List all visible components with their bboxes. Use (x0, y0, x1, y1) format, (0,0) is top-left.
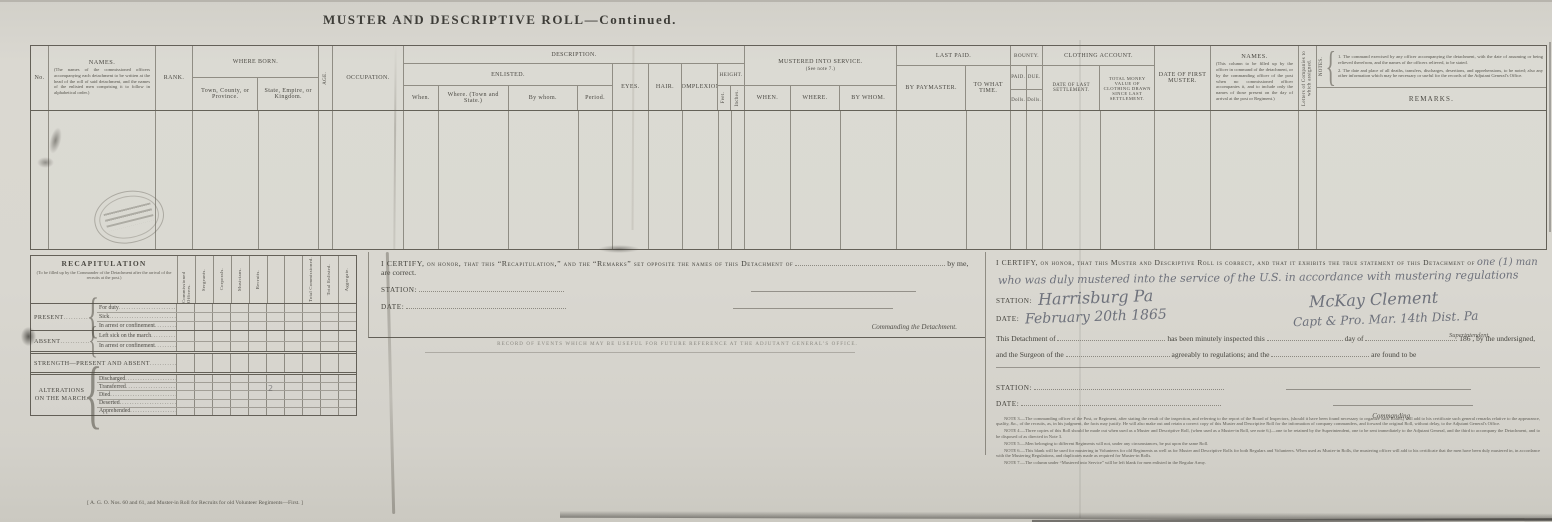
muster-roll-table: No. NAMES. (The names of the commissione… (30, 45, 1547, 250)
grid-cell (266, 331, 284, 341)
remarks-label: REMARKS. (1317, 88, 1546, 110)
to-what-time-label: TO WHAT TIME. (966, 66, 1010, 110)
inspect-text-1: This Detachment of (996, 334, 1056, 343)
col-no: No. (31, 46, 49, 110)
grid-cell (302, 322, 320, 330)
row-sick: Sick (99, 314, 109, 320)
recap-title-cell: RECAPITULATION (To be filled up by the C… (31, 256, 177, 303)
table-body-cell (719, 111, 732, 249)
col-group-where-born: WHERE BORN. Town, County, or Province. S… (193, 46, 319, 110)
grid-cell (338, 322, 356, 330)
leader-dots (126, 384, 176, 390)
grid-cell (284, 354, 302, 372)
inches-text: Inches. (735, 90, 740, 106)
grid-cell (284, 313, 302, 321)
muster-roll-certificate: I CERTIFY, on honor, that this Muster an… (986, 252, 1548, 522)
grid-cell (338, 408, 356, 415)
recap-col-header: Total Commissioned. (302, 256, 320, 303)
col-letters: Letters of Companies to which assigned. (1299, 46, 1317, 110)
handwritten-mustered-line: who was duly mustered into the service o… (998, 268, 1540, 287)
blank-line (1365, 333, 1457, 341)
names2-note: (This column to be filled up by the offi… (1213, 60, 1296, 102)
grid-cell (230, 408, 248, 415)
grid-cell (266, 354, 284, 372)
grid-cell (302, 313, 320, 321)
col-occupation: OCCUPATION. (333, 46, 404, 110)
grid-cell (248, 331, 266, 341)
recap-row: Transferred (97, 382, 356, 390)
eyes-label: EYES. (613, 64, 649, 110)
table-body-cell (1299, 111, 1317, 249)
station-label: STATION: (381, 286, 417, 294)
station-blank (1034, 382, 1224, 390)
mustered-note: (See note 7.) (806, 67, 836, 72)
signature-line-2 (1333, 398, 1473, 406)
recap-col-header: Sergeants. (195, 256, 213, 303)
grid-cell (212, 342, 230, 352)
present-label: PRESENT (31, 304, 89, 330)
superintendent-label: Superintendent. (1449, 332, 1490, 339)
col-group-remarks: NOTES. { 1. The command exercised by any… (1317, 46, 1546, 110)
leader-dots (120, 400, 176, 406)
row-transferred: Transferred (99, 384, 126, 390)
enl-period-label: Period. (578, 86, 612, 110)
leader-dots (155, 323, 176, 329)
grid-cell (194, 342, 212, 352)
grid-cell (338, 304, 356, 312)
table-header: No. NAMES. (The names of the commissione… (31, 46, 1546, 111)
grid-cell (212, 408, 230, 415)
grid-cell (212, 354, 230, 372)
present-text: PRESENT (34, 314, 64, 321)
brace-glyph: { (83, 357, 102, 433)
grid-cell (176, 304, 194, 312)
grid-cell (230, 400, 248, 407)
grid-cell (212, 304, 230, 312)
footnote-3: NOTE 3.—The commanding officer of the Po… (996, 416, 1540, 428)
grid-cell (194, 383, 212, 390)
table-body-cell (404, 111, 439, 249)
leader-dots (155, 343, 176, 349)
grid-cell (302, 408, 320, 415)
col-first-muster: DATE OF FIRST MUSTER. (1155, 46, 1211, 110)
grid-cell (302, 375, 320, 382)
leader-dots (119, 305, 176, 311)
recap-col-header: Recruits. (249, 256, 267, 303)
pencil-mark: 2 (268, 384, 273, 393)
grid-cell (194, 313, 212, 321)
grid-cell (248, 354, 266, 372)
table-body-cell (745, 111, 791, 249)
table-body-cell (193, 111, 259, 249)
grid-cell (230, 313, 248, 321)
grid-cell (338, 391, 356, 398)
recap-col-header (267, 256, 285, 303)
recap-alterations-group: ALTERATIONS ON THE MARCH. { Discharged T… (31, 372, 356, 415)
table-body-cell (613, 111, 649, 249)
table-body-cell (1211, 111, 1299, 249)
last-paid-label: LAST PAID. (897, 46, 1010, 66)
bounty-dolls-paid: Dolls. (1011, 90, 1027, 110)
grid-cell (302, 354, 320, 372)
recap-row: In arrest or confinement (97, 321, 356, 330)
grid-cell (284, 408, 302, 415)
recap-col-header (284, 256, 302, 303)
row-discharged: Discharged (99, 376, 125, 382)
names-label: NAMES. (89, 59, 116, 66)
grid-cell (302, 342, 320, 352)
blank-line (1267, 333, 1343, 341)
grid-cell (176, 322, 194, 330)
grid-cell (248, 304, 266, 312)
paymaster-label: BY PAYMASTER. (897, 66, 966, 110)
handwritten-signature: McKay Clement (1309, 288, 1439, 311)
grid-cell (338, 342, 356, 352)
grid-cell (176, 342, 194, 352)
clothing-value-label: TOTAL MONEY VALUE OF CLOTHING DRAWN SINC… (1100, 66, 1154, 110)
table-body-cell (31, 111, 49, 249)
table-body-cell (1027, 111, 1043, 249)
mustered-label-cell: MUSTERED INTO SERVICE. (See note 7.) (745, 46, 896, 86)
scanned-muster-roll-document: MUSTER AND DESCRIPTIVE ROLL—Continued. N… (0, 0, 1552, 522)
row-left-sick: Left sick on the march (99, 333, 151, 339)
recap-strength-row: STRENGTH—PRESENT AND ABSENT (31, 351, 356, 372)
recap-row: In arrest or confinement (97, 341, 356, 352)
grid-cell (338, 400, 356, 407)
grid-cell (194, 408, 212, 415)
grid-cell (176, 354, 194, 372)
table-body-cell (732, 111, 745, 249)
mis-by-whom-label: BY WHOM. (840, 86, 896, 110)
grid-cell (248, 322, 266, 330)
table-body-cell (333, 111, 404, 249)
recap-col-header: Aggregate. (338, 256, 356, 303)
col-sergeants: Sergeants. (202, 269, 207, 291)
table-body-cell (1101, 111, 1155, 249)
grid-cell (176, 408, 194, 415)
grid-cell (266, 322, 284, 330)
inches-label: Inches. (731, 86, 744, 110)
row-in-arrest-2: In arrest or confinement (99, 343, 155, 349)
grid-cell (176, 391, 194, 398)
leader-dots (110, 392, 176, 398)
signature-line (1286, 382, 1471, 390)
grid-cell (248, 383, 266, 390)
leader-dots (60, 338, 89, 345)
grid-cell (302, 304, 320, 312)
recap-absent-group: ABSENT { Left sick on the march In arres… (31, 330, 356, 351)
col-recruits: Recruits. (256, 270, 261, 289)
hair-label: HAIR. (649, 64, 683, 110)
center-date-row: DATE: (381, 301, 975, 311)
date-label: DATE: (381, 303, 404, 311)
grid-cell (176, 400, 194, 407)
grid-cell (194, 304, 212, 312)
grid-cell (248, 313, 266, 321)
grid-cell (176, 331, 194, 341)
names-note: (The names of the commissioned officers … (51, 66, 153, 97)
grid-cell (338, 354, 356, 372)
bounty-due-label: DUE. (1027, 66, 1042, 89)
right-date2-row: DATE: Commanding (996, 398, 1540, 408)
table-body-cell (259, 111, 319, 249)
letters-text: Letters of Companies to which assigned. (1302, 47, 1313, 109)
table-body-cell (841, 111, 897, 249)
grid-cell (176, 313, 194, 321)
recap-col-header: Commissioned Officers. (177, 256, 195, 303)
grid-cell (266, 400, 284, 407)
grid-cell (230, 304, 248, 312)
enl-when-label: When. (404, 86, 439, 110)
record-of-events-rule (425, 352, 855, 353)
blank-line (1066, 349, 1170, 357)
col-group-clothing: CLOTHING ACCOUNT. DATE OF LAST SETTLEMEN… (1043, 46, 1155, 110)
enl-where-label: Where. (Town and State.) (439, 86, 509, 110)
table-body-cell (319, 111, 333, 249)
recap-present-group: PRESENT { For duty Sick In arrest or con… (31, 304, 356, 330)
grid-cell (230, 383, 248, 390)
col-group-last-paid: LAST PAID. BY PAYMASTER. TO WHAT TIME. (897, 46, 1011, 110)
horizontal-rule (996, 367, 1540, 368)
recapitulation-certificate: I CERTIFY, on honor, that this “Recapitu… (368, 252, 985, 338)
absent-brace: { (89, 331, 97, 351)
date-label: DATE: (996, 315, 1019, 323)
recap-col-header: Corporals. (213, 256, 231, 303)
footnote-7: NOTE 7.—The column under “Mustered into … (996, 460, 1540, 466)
table-body-cell (509, 111, 579, 249)
footnote-4: NOTE 4.—Three copies of this Roll should… (996, 428, 1540, 440)
grid-cell (212, 375, 230, 382)
col-total-commissioned: Total Commissioned. (309, 257, 314, 302)
leader-dots (151, 333, 176, 339)
born-town-label: Town, County, or Province. (193, 78, 258, 110)
age-label: AGE. (323, 72, 328, 85)
leader-dots (130, 408, 176, 414)
mustered-label: MUSTERED INTO SERVICE. (778, 59, 862, 65)
absent-label: ABSENT (31, 331, 89, 351)
col-commissioned-officers: Commissioned Officers. (182, 256, 192, 303)
mis-when-label: WHEN. (745, 86, 791, 110)
grid-cell (302, 391, 320, 398)
grid-cell (284, 391, 302, 398)
grid-cell (266, 304, 284, 312)
grid-cell (266, 375, 284, 382)
grid-cell (266, 342, 284, 352)
grid-cell (248, 391, 266, 398)
commanding-detachment-label: Commanding the Detachment. (872, 323, 957, 331)
grid-cell (194, 331, 212, 341)
right-station-row: STATION: Harrisburg Pa (996, 288, 1540, 307)
handwritten-date: February 20th 1865 (1025, 307, 1167, 328)
table-body-cell (897, 111, 967, 249)
grid-cell (320, 313, 338, 321)
table-body-cell (439, 111, 509, 249)
grid-cell (194, 354, 212, 372)
grid-cell (230, 342, 248, 352)
grid-cell (284, 400, 302, 407)
born-state-label: State, Empire, or Kingdom. (258, 78, 318, 110)
table-body-cell (791, 111, 841, 249)
grid-cell (302, 383, 320, 390)
grid-cell (338, 331, 356, 341)
clothing-date-label: DATE OF LAST SETTLEMENT. (1043, 66, 1100, 110)
grid-cell (284, 304, 302, 312)
recap-row: Sick (97, 312, 356, 321)
grid-cell (338, 313, 356, 321)
col-aggregate: Aggregate. (345, 268, 350, 291)
grid-cell (320, 304, 338, 312)
grid-cell (266, 408, 284, 415)
footnote-5: NOTE 5.—Men belonging to different Regim… (996, 441, 1540, 447)
table-body-empty-row (31, 111, 1546, 249)
signature-line (751, 284, 916, 292)
recap-title: RECAPITULATION (35, 259, 173, 268)
grid-cell (302, 400, 320, 407)
complexion-label: COMPLEXION. (682, 64, 718, 110)
document-title: MUSTER AND DESCRIPTIVE ROLL—Continued. (0, 12, 1000, 28)
leader-dots (109, 314, 176, 320)
where-born-label: WHERE BORN. (193, 46, 318, 78)
table-body-cell (1155, 111, 1211, 249)
remarks-note-2: 2. The date and place of all deaths, tra… (1335, 67, 1546, 80)
mis-where-label: WHERE. (791, 86, 841, 110)
station-blank (419, 284, 564, 292)
leader-dots (64, 314, 89, 321)
row-in-arrest: In arrest or confinement (99, 323, 155, 329)
blank-line (795, 258, 945, 266)
notes-text: NOTES. (1319, 57, 1324, 76)
footnote-6: NOTE 6.—This blank will be used for must… (996, 448, 1540, 460)
col-names: NAMES. (The names of the commissioned of… (49, 46, 156, 110)
grid-cell (320, 331, 338, 341)
alterations-brace: { (89, 375, 97, 415)
col-corporals: Corporals. (220, 268, 225, 290)
absent-text: ABSENT (34, 338, 60, 345)
grid-cell (284, 383, 302, 390)
recap-row: Apprehended (97, 407, 356, 415)
leader-dots (125, 376, 176, 382)
grid-cell (302, 331, 320, 341)
center-cert-text-1: I CERTIFY, on honor, that this “Recapitu… (381, 259, 793, 268)
notes-vertical-label: NOTES. (1317, 46, 1327, 87)
center-cert-paragraph: I CERTIFY, on honor, that this “Recapitu… (381, 258, 975, 277)
grid-cell (248, 408, 266, 415)
feet-label: Feet. (718, 86, 731, 110)
bounty-paid-label: PAID. (1011, 66, 1027, 89)
grid-cell (284, 331, 302, 341)
recap-col-header: Total Enlisted. (320, 256, 338, 303)
handwritten-station: Harrisburg Pa (1038, 286, 1154, 309)
grid-cell (176, 375, 194, 382)
blank-line (1271, 349, 1369, 357)
record-of-events-caption: RECORD OF EVENTS WHICH MAY BE USEFUL FOR… (370, 342, 985, 347)
brace-glyph: { (1327, 46, 1335, 87)
grid-cell (320, 408, 338, 415)
remarks-note-1: 1. The command exercised by any officer … (1335, 53, 1546, 66)
table-body-cell (649, 111, 683, 249)
grid-cell (230, 354, 248, 372)
grid-cell (320, 383, 338, 390)
grid-cell (212, 322, 230, 330)
clothing-label: CLOTHING ACCOUNT. (1043, 46, 1154, 66)
recap-row: Died (97, 390, 356, 398)
right-cert-text: I CERTIFY, on honor, that this Muster an… (996, 258, 1475, 267)
date-label: DATE: (996, 400, 1019, 408)
recap-row: Deserted (97, 399, 356, 407)
row-apprehended: Apprehended (99, 408, 130, 414)
signature-line-2 (733, 301, 893, 309)
grid-cell (284, 342, 302, 352)
form-number-footer: [ A. G. O. Nos. 60 and 61, and Muster-in… (30, 500, 360, 506)
handwritten-detachment-size: one (1) man (1477, 257, 1538, 268)
col-age: AGE. (319, 46, 333, 110)
table-body-cell (683, 111, 719, 249)
col-group-enlisted: ENLISTED. When. Where. (Town and State.)… (404, 64, 613, 110)
table-body-cell (967, 111, 1011, 249)
table-body-cell (1011, 111, 1027, 249)
grid-cell (212, 313, 230, 321)
height-label: HEIGHT. (718, 64, 744, 86)
paper-edge-shadow (1549, 42, 1551, 232)
inspect-text-6: are found to be (1371, 350, 1416, 359)
col-total-enlisted: Total Enlisted. (327, 264, 332, 295)
grid-cell (194, 391, 212, 398)
blank-line (1057, 333, 1165, 341)
grid-cell (230, 322, 248, 330)
recap-subtitle: (To be filled up by the Commander of the… (35, 270, 173, 281)
grid-cell (194, 375, 212, 382)
grid-cell (320, 375, 338, 382)
date-blank (406, 301, 566, 309)
enl-by-whom-label: By whom. (509, 86, 579, 110)
grid-cell (194, 400, 212, 407)
recap-header: RECAPITULATION (To be filled up by the C… (31, 256, 356, 304)
leader-dots (150, 360, 176, 367)
table-body-cell (1317, 111, 1546, 249)
grid-cell (194, 322, 212, 330)
col-rank: RANK. (156, 46, 193, 110)
grid-cell (212, 391, 230, 398)
bounty-label: BOUNTY. (1011, 46, 1042, 66)
grid-cell (212, 383, 230, 390)
grid-cell (212, 400, 230, 407)
col-names2: NAMES. (This column to be filled up by t… (1211, 46, 1299, 110)
inspect-text-2: has been minutely inspected this (1167, 334, 1264, 343)
grid-cell (320, 322, 338, 330)
col-group-description: DESCRIPTION. ENLISTED. When. Where. (Tow… (404, 46, 745, 110)
recap-row: Discharged (97, 375, 356, 382)
right-station2-row: STATION: (996, 382, 1540, 392)
footnotes-block: NOTE 3.—The commanding officer of the Po… (996, 416, 1540, 467)
feet-text: Feet. (721, 92, 726, 103)
names2-label: NAMES. (1241, 53, 1268, 60)
enlisted-label: ENLISTED. (404, 64, 612, 86)
station-label: STATION: (996, 297, 1032, 305)
col-musicians: Musicians. (238, 268, 243, 291)
inspect-text-5: agreeably to regulations; and the (1172, 350, 1270, 359)
recap-col-header: Musicians. (231, 256, 249, 303)
alterations-text: ALTERATIONS ON THE MARCH. (34, 387, 89, 403)
table-body-cell (1043, 111, 1101, 249)
grid-cell (212, 331, 230, 341)
col-group-height: HEIGHT. Feet. Inches. (718, 64, 744, 110)
grid-cell (338, 383, 356, 390)
grid-cell (230, 375, 248, 382)
grid-cell (248, 342, 266, 352)
grid-cell (230, 331, 248, 341)
table-body-cell (156, 111, 193, 249)
grid-cell (266, 313, 284, 321)
